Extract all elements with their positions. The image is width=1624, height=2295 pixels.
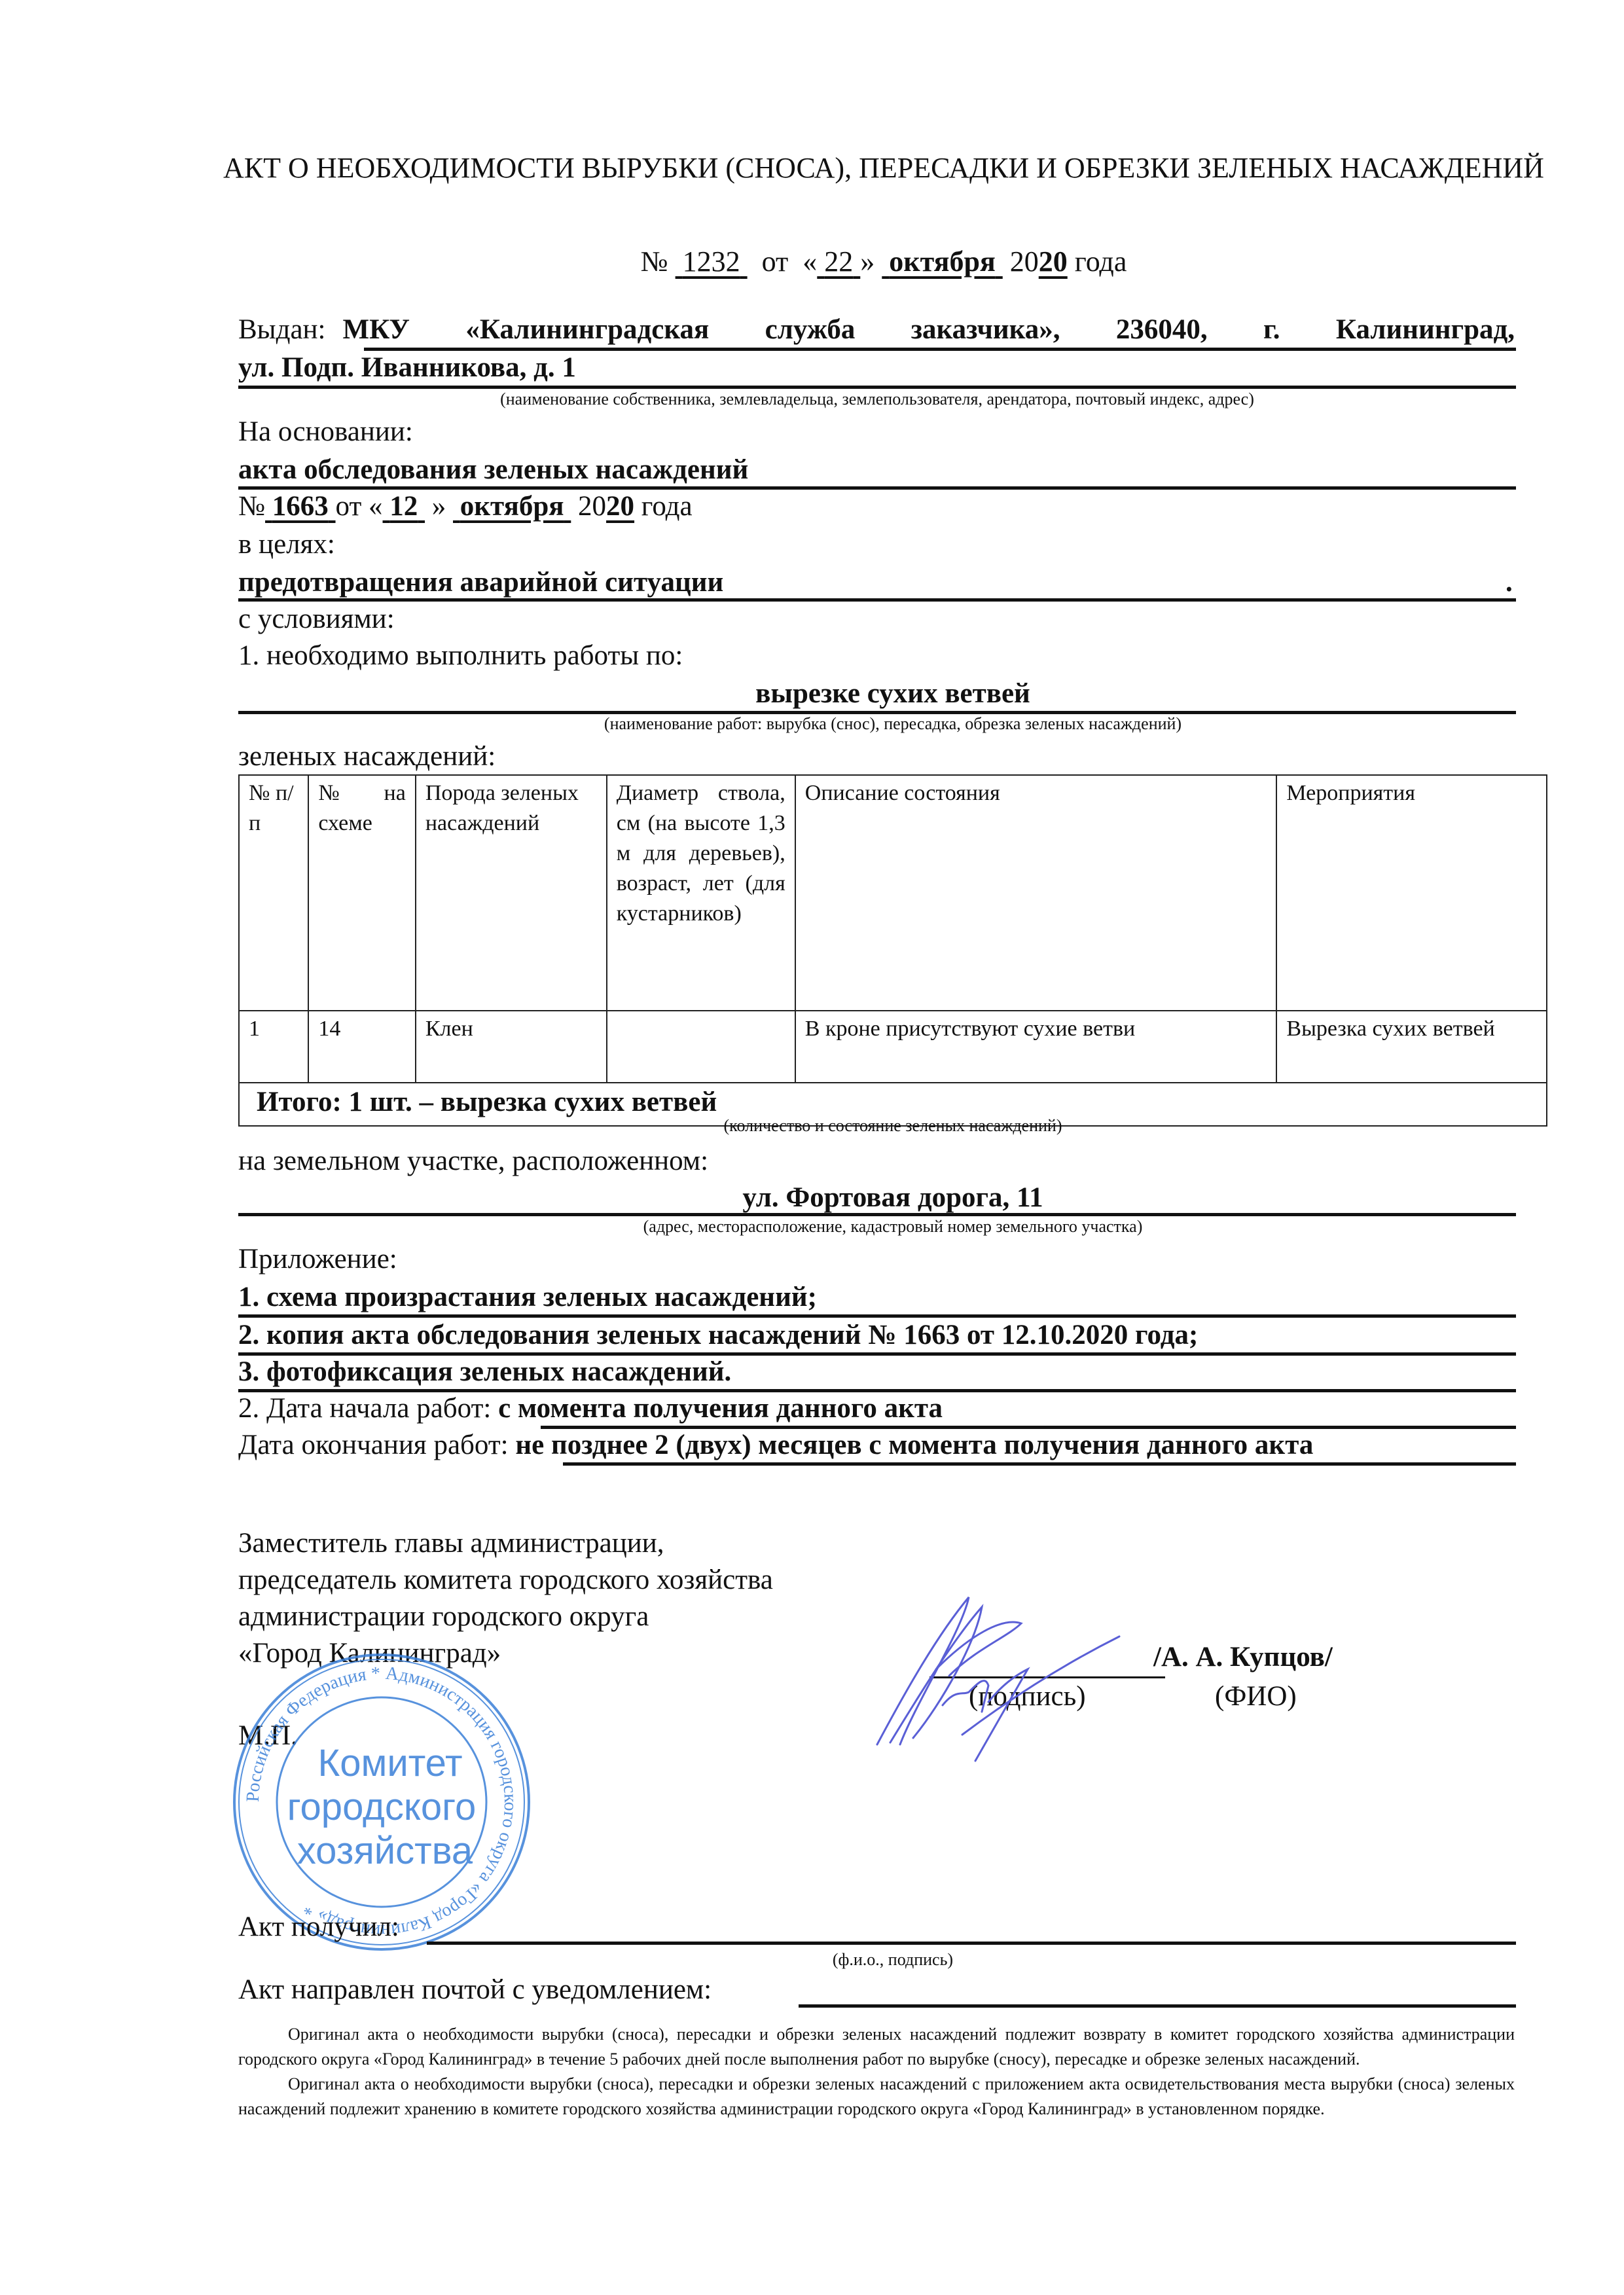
cell-measures: Вырезка сухих ветвей [1276,1011,1547,1083]
attachment-underline [238,1314,1516,1318]
end-date-underline [563,1462,1516,1466]
footnotes: Оригинал акта о необходимости вырубки (с… [238,2022,1515,2122]
cell-index: 1 [239,1011,308,1083]
signatory-line: Заместитель главы администрации, [238,1527,664,1561]
basis-number: 1663 [272,491,329,522]
document-page: АКТ О НЕОБХОДИМОСТИ ВЫРУБКИ (СНОСА), ПЕР… [0,0,1624,2295]
purpose-underline [238,598,1516,602]
plants-label: зеленых насаждений: [238,740,496,774]
location-label: на земельном участке, расположенном: [238,1144,708,1178]
document-number-line: № 1232 от « 22 » октября 2020 года [196,245,1571,279]
start-date-value: с момента получения данного акта [498,1393,943,1424]
signatory-line: председатель комитета городского хозяйст… [238,1563,773,1597]
location-caption: (адрес, месторасположение, кадастровый н… [238,1216,1547,1237]
table-header-row: № п/п № на схеме Порода зеленых насажден… [239,775,1547,1011]
cell-condition: В кроне присутствуют сухие ветви [795,1011,1277,1083]
document-month: октября [882,245,1002,278]
conditions-item1-label: 1. необходимо выполнить работы по: [238,639,683,673]
header-index: № п/п [239,775,308,1011]
issued-value-line2: ул. Подп. Иванникова, д. 1 [238,351,576,385]
document-title: АКТ О НЕОБХОДИМОСТИ ВЫРУБКИ (СНОСА), ПЕР… [196,149,1571,187]
signatory-line: администрации городского округа [238,1600,649,1634]
svg-text:Комитет: Комитет [317,1742,462,1784]
document-day: 22 [817,245,860,278]
attachment-item: 1. схема произрастания зеленых насаждени… [238,1280,817,1314]
name-caption: (ФИО) [1215,1680,1297,1714]
mailed-field [799,2004,1516,2008]
basis-day: 12 [389,491,418,522]
year-label: года [1075,245,1127,278]
handwritten-signature-icon [864,1571,1146,1767]
end-date-value: не позднее 2 (двух) месяцев с момента по… [515,1430,1313,1460]
table-row: 1 14 Клен В кроне присутствуют сухие вет… [239,1011,1547,1083]
start-date-label: 2. Дата начала работ: [238,1393,491,1424]
header-species: Порода зеленых насаждений [416,775,607,1011]
header-scheme-number: № на схеме [308,775,415,1011]
purpose-label: в целях: [238,528,335,562]
header-measures: Мероприятия [1276,775,1547,1011]
work-value: вырезке сухих ветвей [238,677,1547,711]
number-sign: № [641,245,668,278]
received-label: Акт получил: [238,1910,399,1944]
attachment-item: 2. копия акта обследования зеленых насаж… [238,1318,1198,1352]
cell-scheme-number: 14 [308,1011,415,1083]
received-signature-field [427,1942,1516,1945]
svg-text:хозяйства: хозяйства [297,1830,473,1872]
year-suffix: 20 [1039,245,1068,278]
basis-month: октября [460,491,564,522]
conditions-label: с условиями: [238,602,395,636]
basis-number-line: № 1663 от « 12 » октября 2020 года [238,490,693,524]
header-diameter: Диаметр ствола, см (на высоте 1,3 м для … [607,775,795,1011]
start-date-line: 2. Дата начала работ: с момента получени… [238,1392,943,1426]
plants-table: № п/п № на схеме Порода зеленых насажден… [238,774,1547,1127]
signatory-name: /А. А. Купцов/ [1153,1640,1333,1674]
purpose-value: предотвращения аварийной ситуации [238,566,723,600]
end-date-label: Дата окончания работ: [238,1430,509,1460]
cell-diameter [607,1011,795,1083]
work-caption: (наименование работ: вырубка (снос), пер… [238,714,1547,734]
footnote: Оригинал акта о необходимости вырубки (с… [238,2022,1515,2072]
from-label: от [762,245,789,278]
year-prefix: 20 [1010,245,1039,278]
table-caption: (количество и состояние зеленых насажден… [238,1115,1547,1136]
attachments-label: Приложение: [238,1242,397,1276]
svg-text:городского: городского [287,1786,477,1828]
footnote: Оригинал акта о необходимости вырубки (с… [238,2072,1515,2122]
basis-label: На основании: [238,415,413,449]
received-caption: (ф.и.о., подпись) [238,1949,1547,1970]
cell-species: Клен [416,1011,607,1083]
end-date-line: Дата окончания работ: не позднее 2 (двух… [238,1428,1313,1462]
header-condition: Описание состояния [795,775,1277,1011]
mailed-label: Акт направлен почтой с уведомлением: [238,1973,712,2007]
document-number: 1232 [676,245,748,278]
issued-value-line1: МКУ «Калининградская служба заказчика», … [343,313,1515,347]
issued-line-1: Выдан: МКУ «Калининградская служба заказ… [238,313,1515,347]
basis-value: акта обследования зеленых насаждений [238,453,748,487]
location-value: ул. Фортовая дорога, 11 [238,1181,1547,1215]
attachment-item: 3. фотофиксация зеленых насаждений. [238,1355,731,1389]
issued-label: Выдан: [238,313,326,347]
purpose-trailing: . [1506,566,1513,600]
issued-caption: (наименование собственника, землевладель… [238,389,1516,410]
